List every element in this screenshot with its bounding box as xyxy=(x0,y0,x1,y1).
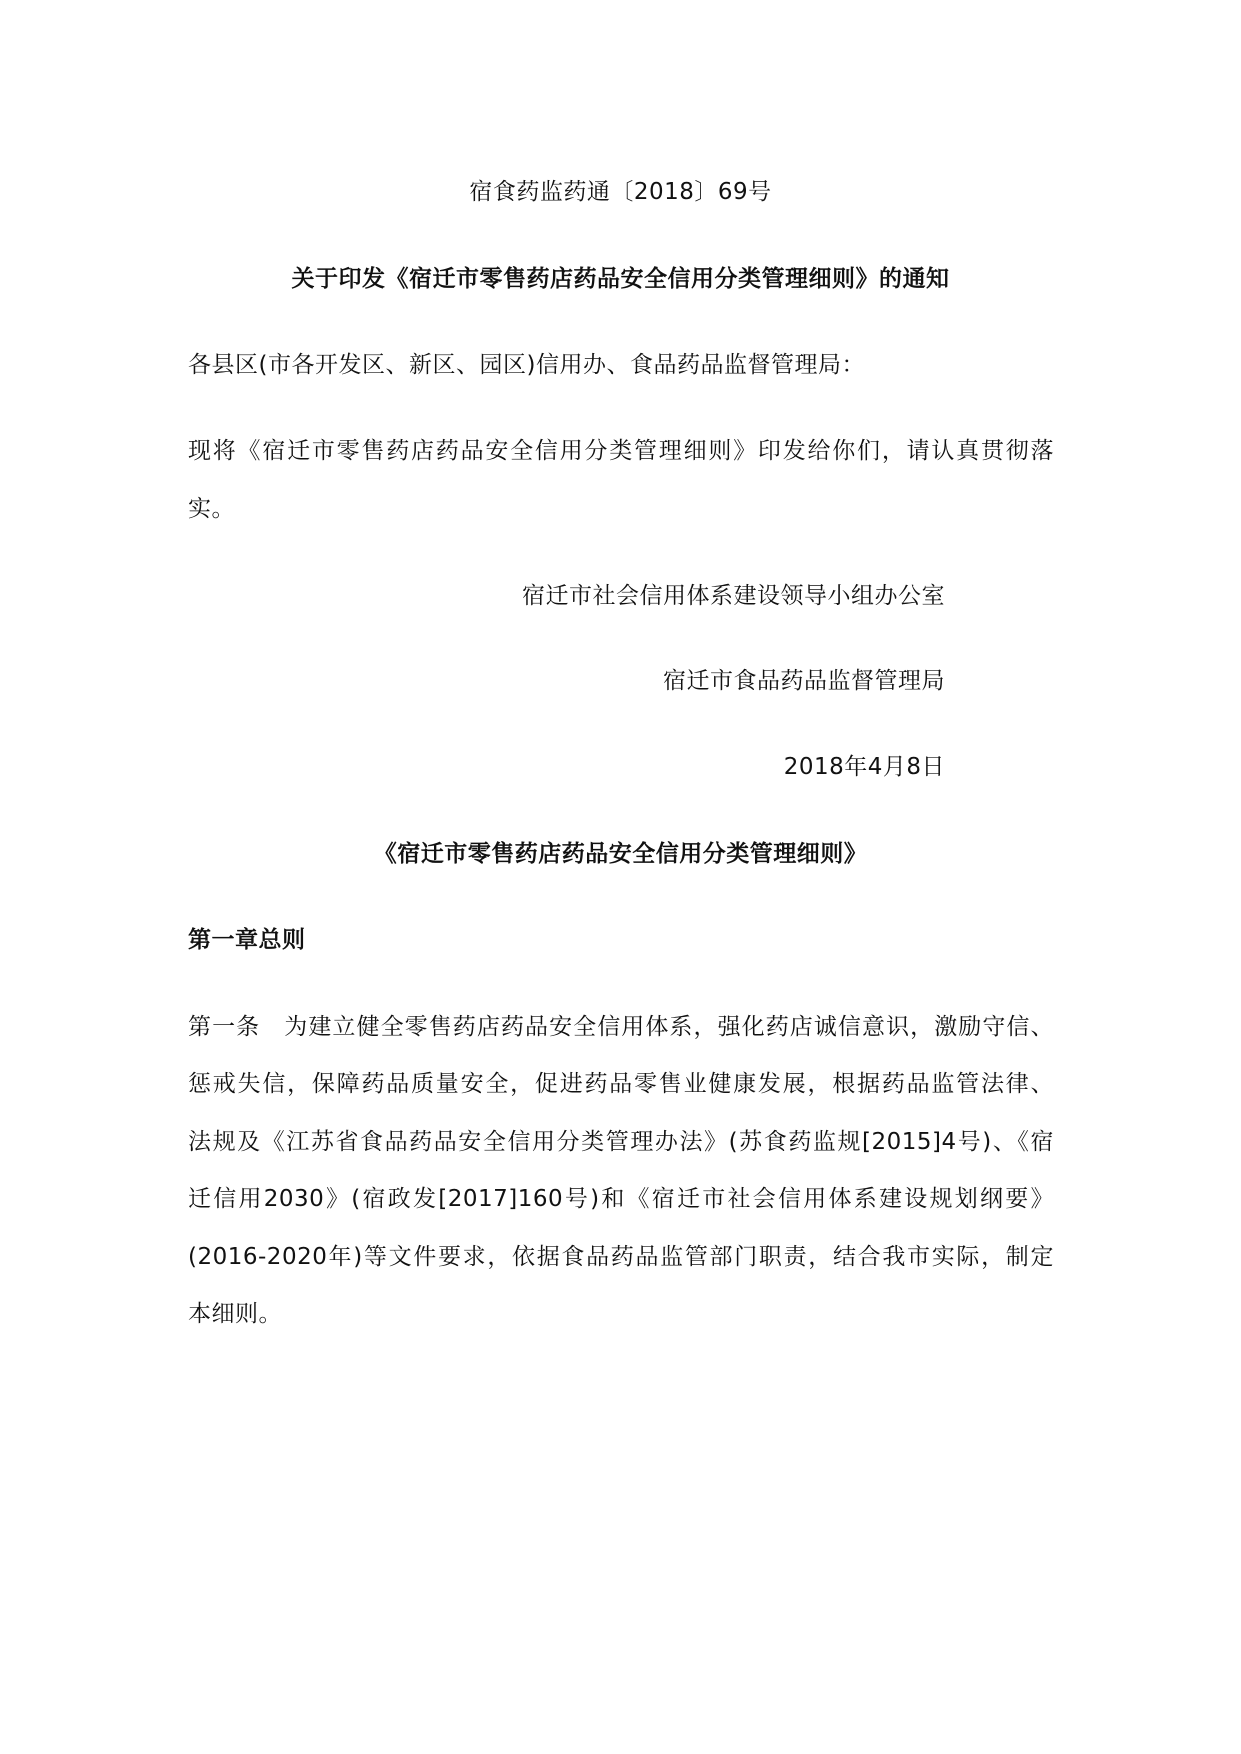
notice-title: 关于印发《宿迁市零售药店药品安全信用分类管理细则》的通知 xyxy=(0,263,1241,295)
article-line: 迁信用2030》(宿政发[2017]160号)和《宿迁市社会信用体系建设规划纲要… xyxy=(188,1183,1054,1215)
document-page: 宿食药监药通〔2018〕69号 关于印发《宿迁市零售药店药品安全信用分类管理细则… xyxy=(0,0,1241,1754)
body-line: 实。 xyxy=(188,493,235,525)
addressee: 各县区(市各开发区、新区、园区)信用办、食品药品监督管理局： xyxy=(188,349,865,381)
rules-title: 《宿迁市零售药店药品安全信用分类管理细则》 xyxy=(0,838,1241,870)
article-line: (2016-2020年)等文件要求，依据食品药品监管部门职责，结合我市实际，制定 xyxy=(188,1241,1054,1273)
signatory-credit-office: 宿迁市社会信用体系建设领导小组办公室 xyxy=(522,580,945,612)
article-line: 本细则。 xyxy=(188,1298,282,1330)
signatory-fda: 宿迁市食品药品监督管理局 xyxy=(663,665,945,697)
document-number: 宿食药监药通〔2018〕69号 xyxy=(0,176,1241,208)
article-line: 第一条 为建立健全零售药店药品安全信用体系，强化药店诚信意识，激励守信、 xyxy=(188,1011,1054,1043)
issue-date: 2018年4月8日 xyxy=(784,751,945,783)
article-line: 法规及《江苏省食品药品安全信用分类管理办法》(苏食药监规[2015]4号)、《宿 xyxy=(188,1126,1054,1158)
body-line: 现将《宿迁市零售药店药品安全信用分类管理细则》印发给你们，请认真贯彻落 xyxy=(188,435,1054,467)
chapter-heading: 第一章总则 xyxy=(188,924,306,956)
article-line: 惩戒失信，保障药品质量安全，促进药品零售业健康发展，根据药品监管法律、 xyxy=(188,1068,1054,1100)
